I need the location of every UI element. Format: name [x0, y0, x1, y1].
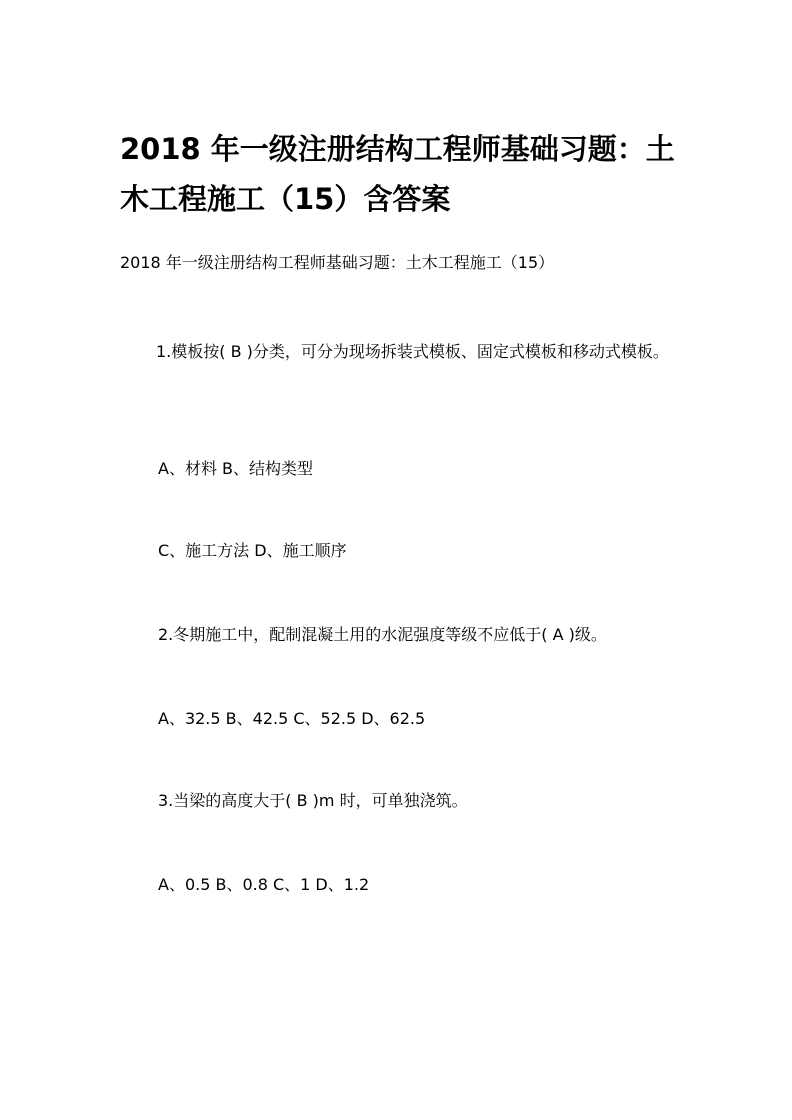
question-2-text: 2.冬期施工中，配制混凝土用的水泥强度等级不应低于( A )级。 — [158, 622, 607, 648]
question-1-options-line-1: A、材料 B、结构类型 — [158, 456, 313, 482]
question-3-text: 3.当梁的高度大于( B )m 时，可单独浇筑。 — [158, 788, 468, 814]
question-2-options: A、32.5 B、42.5 C、52.5 D、62.5 — [158, 706, 425, 732]
document-page: 2018 年一级注册结构工程师基础习题：土木工程施工（15）含答案 2018 年… — [0, 0, 792, 1120]
question-3-options: A、0.5 B、0.8 C、1 D、1.2 — [158, 872, 369, 898]
document-title: 2018 年一级注册结构工程师基础习题：土木工程施工（15）含答案 — [120, 124, 680, 224]
document-subtitle: 2018 年一级注册结构工程师基础习题：土木工程施工（15） — [120, 250, 554, 276]
question-1-options-line-2: C、施工方法 D、施工顺序 — [158, 538, 347, 564]
question-1-text: 1.模板按( B )分类，可分为现场拆装式模板、固定式模板和移动式模板。 — [120, 332, 700, 372]
